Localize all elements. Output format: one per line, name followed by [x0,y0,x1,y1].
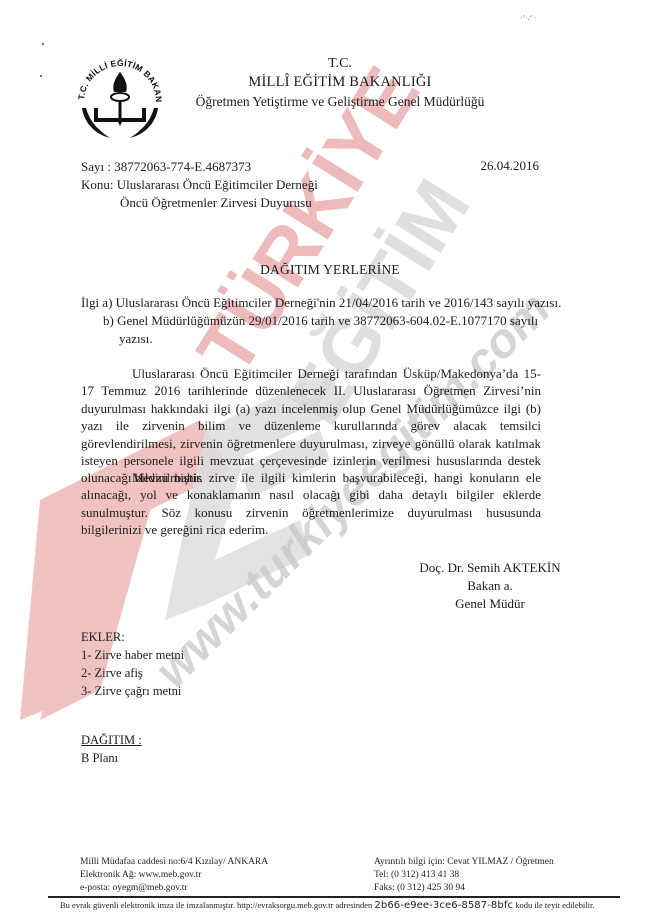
recipient-title: DAĞITIM YERLERİNE [0,262,660,278]
attachment-item: 3- Zirve çağrı metni [81,682,181,700]
ilgi-b-cont: yazısı. [119,330,153,348]
scan-speck [40,75,42,77]
verification-line: Bu evrak güvenli elektronik imza ile imz… [60,900,595,911]
konu-value-2: Öncü Öğretmenler Zirvesi Duyurusu [120,194,312,212]
ilgi-b: b) Genel Müdürlüğümüzün 29/01/2016 tarih… [103,312,538,330]
ilgi-a: İlgi a) Uluslararası Öncü Eğitimciler De… [81,294,561,312]
header-ministry: MİLLÎ EĞİTİM BAKANLIĞI [140,73,540,92]
footer-address-line: Milli Müdafaa caddesi no:6/4 Kızılay/ AN… [80,856,268,869]
verification-text: Bu evrak güvenli elektronik imza ile imz… [60,900,372,910]
scan-speck [42,43,44,45]
footer-website: Elektronik Ağ: www.meb.gov.tr [80,869,268,882]
verification-suffix: kodu ile teyit edilebilir. [515,900,594,910]
distribution-item: B Planı [81,749,118,767]
konu-line: Konu: Uluslararası Öncü Eğitimciler Dern… [81,176,318,194]
footer-email: e-posta: oyegm@meb.gov.tr [80,882,268,895]
attachment-item: 2- Zirve afiş [81,664,143,682]
konu-label: Konu: [81,177,114,192]
distribution-heading: DAĞITIM : [81,731,142,749]
footer-contact: Ayrıntılı bilgi için: Cevat YILMAZ / Öğr… [374,856,554,895]
signatory-title-1: Bakan a. [410,577,570,595]
body-paragraph-2: Mevzu bahis zirve ile ilgili kimlerin ba… [81,469,541,539]
footer-address: Milli Müdafaa caddesi no:6/4 Kızılay/ AN… [80,856,268,895]
document-date: 26.04.2016 [481,158,540,174]
sayi-value: : 38772063-774-E.4687373 [107,159,251,174]
signatory-title-2: Genel Müdür [410,595,570,613]
konu-value-1: Uluslararası Öncü Eğitimciler Derneği [117,177,318,192]
header-tc: T.C. [140,54,540,73]
footer-fax: Faks: (0 312) 425 30 94 [374,882,554,895]
sayi-label: Sayı [81,159,104,174]
footer-contact-person: Ayrıntılı bilgi için: Cevat YILMAZ / Öğr… [374,856,554,869]
scan-mark: ·ᐟ·,ᐟ · [520,14,536,22]
signatory-name: Doç. Dr. Semih AKTEKİN [410,559,570,577]
footer-divider [48,896,620,898]
footer-phone: Tel: (0 312) 413 41 38 [374,869,554,882]
verification-code: 2b66-e9ee-3ce6-8587-8bfc [374,900,513,911]
attachment-item: 1- Zirve haber metni [81,646,184,664]
sayi-line: Sayı : 38772063-774-E.4687373 [81,158,251,176]
header-department: Öğretmen Yetiştirme ve Geliştirme Genel … [140,92,540,111]
attachments-heading: EKLER: [81,628,125,646]
